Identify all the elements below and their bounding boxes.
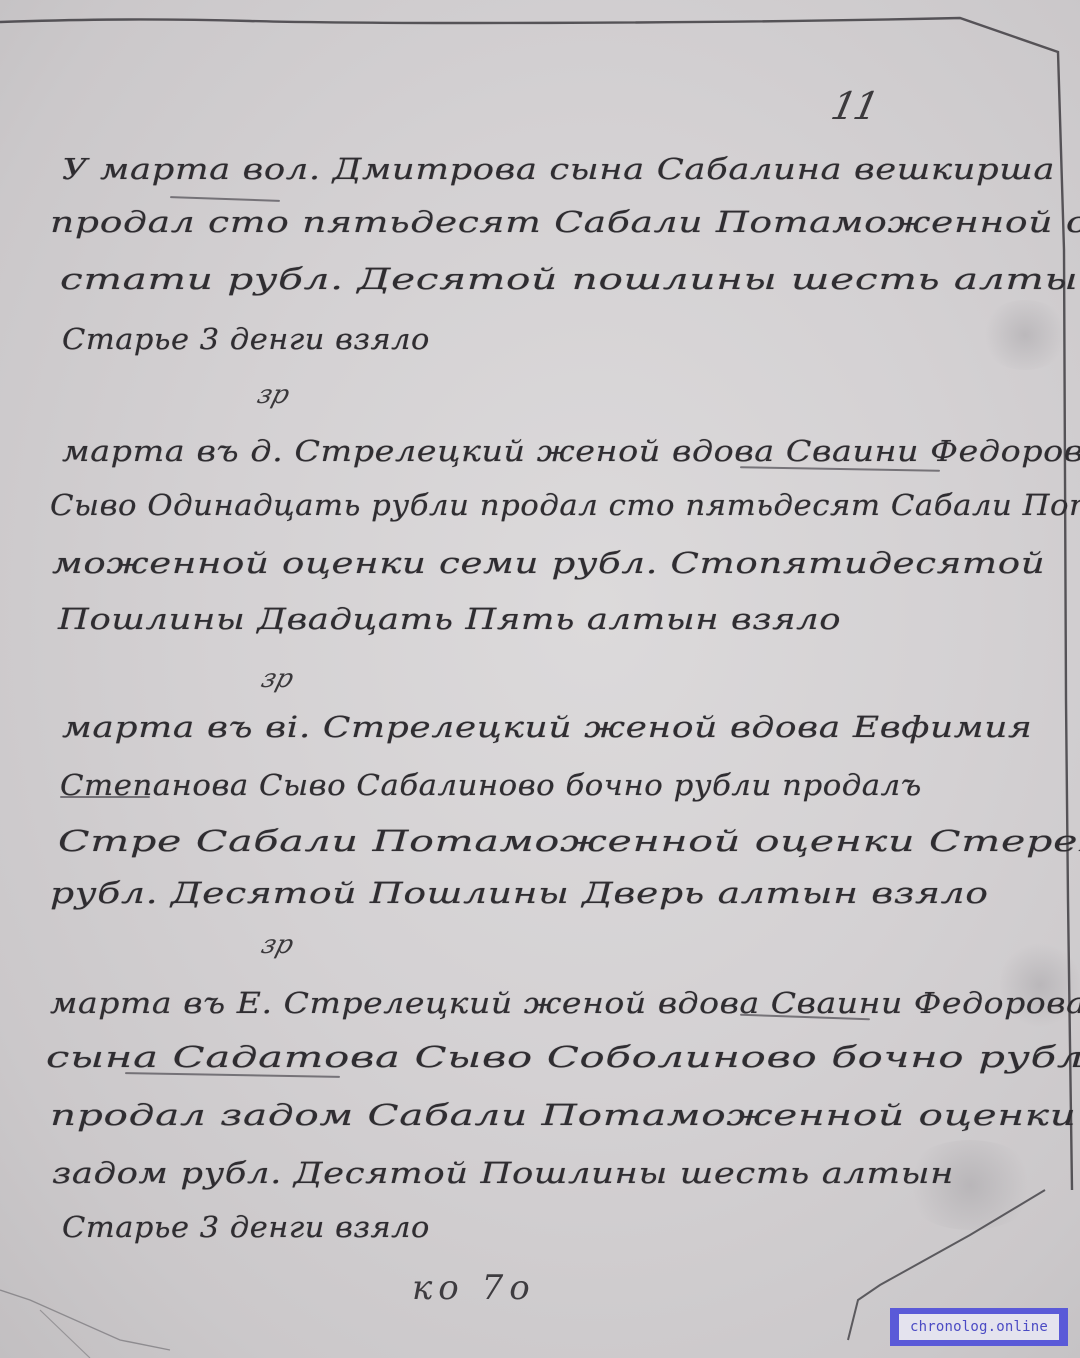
entry-3-line-3: Стре Сабали Потаможенной оценки Стерехъ	[58, 824, 1080, 858]
entry-1-line-1: У марта вол. Дмитрова сына Сабалина вешк…	[62, 152, 1055, 186]
entry-2-line-4: Пошлины Двадцать Пять алтын взяло	[58, 602, 841, 636]
bottom-note: ко 7о	[412, 1268, 536, 1308]
entry-4-line-4: задом рубл. Десятой Пошлины шесть алтын	[52, 1156, 954, 1190]
entry-4-line-5: Старье 3 денги взяло	[62, 1210, 430, 1244]
entry-1-line-3: стати рубл. Десятой пошлины шесть алтын	[60, 262, 1080, 296]
entry-2-line-3: моженной оценки семи рубл. Стопятидесято…	[52, 546, 1045, 580]
manuscript-scan: 11 У марта вол. Дмитрова сына Сабалина в…	[0, 0, 1080, 1358]
entry-3-line-2: Степанова Сыво Сабалиново бочно рубли пр…	[60, 768, 922, 802]
entry-1-line-4: Старье 3 денги взяло	[62, 322, 430, 356]
entry-2-line-2: Сыво Одинадцать рубли продал сто пятьдес…	[50, 488, 1080, 522]
entry-1-line-2: продал сто пятьдесят Сабали Потаможенной…	[50, 205, 1080, 239]
entry-3-line-4: рубл. Десятой Пошлины Дверь алтын взяло	[50, 876, 989, 910]
entry-4-line-2: сына Садатова Сыво Соболиново бочно рубл…	[46, 1040, 1080, 1074]
watermark-text[interactable]: chronolog.online	[899, 1314, 1059, 1340]
paper-smudge	[980, 300, 1070, 370]
entry-2-line-1: марта въ д. Стрелецкий женой вдова Сваин…	[62, 434, 1080, 468]
ink-underline	[60, 796, 150, 798]
watermark-box: chronolog.online	[890, 1308, 1068, 1346]
entry-3-line-1: марта въ ві. Стрелецкий женой вдова Евфи…	[62, 710, 1032, 744]
entry-4-line-3: продал задом Сабали Потаможенной оценки	[50, 1098, 1077, 1132]
folio-number: 11	[827, 84, 881, 128]
entry-4-line-1: марта въ Е. Стрелецкий женой вдова Сваин…	[50, 986, 1080, 1020]
